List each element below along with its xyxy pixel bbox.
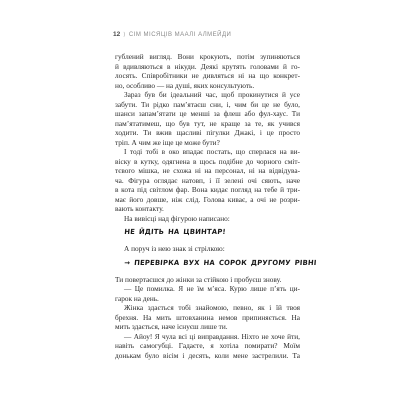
text-line: гублений вигляд. Вони крокують, потім зу… — [115, 52, 300, 62]
paragraph: А поруч із нею знак зі стрілкою: — [115, 244, 300, 254]
sign-line: НЕ ЙДІТЬ НА ЦВИНТАР! — [124, 227, 296, 238]
text-line: віску в кутку, одягнена в щось подібне д… — [115, 157, 300, 167]
text-line: лосять. Співробітники не дивляться ні на… — [115, 71, 300, 81]
paragraph: На вивісці над фігурою написано: — [115, 214, 300, 224]
page-body: гублений вигляд. Вони крокують, потім зу… — [115, 52, 300, 360]
text-line: в кота під світлом фар. Вона кидає погля… — [115, 185, 300, 195]
text-line: ча. Фігура оглядає натовп, і її зелені о… — [115, 176, 300, 186]
text-line: й вдивляються в нікуди. Деякі крутять го… — [115, 62, 300, 72]
text-line: шанси запам’ятати це менші за флеш або ф… — [115, 109, 300, 119]
text-line: брехня. На мить штовханина немов припиня… — [115, 313, 300, 323]
text-line: Жінка здається тобі знайомою, певно, як … — [115, 303, 300, 313]
text-line: На вивісці над фігурою написано: — [115, 214, 300, 224]
text-line: — Це помилка. Я не їм м’яса. Курю лише п… — [115, 284, 300, 294]
page-number: 12 — [113, 31, 120, 38]
text-line: навіть самогубці. Гадаєте, я хотіла поми… — [115, 341, 300, 351]
book-page: 12 ⟩ СІМ МІСЯЦІВ МААЛІ АЛМЕЙДИ гублений … — [0, 0, 400, 400]
paragraph: гублений вигляд. Вони крокують, потім зу… — [115, 52, 300, 90]
header-separator-icon: ⟩ — [123, 32, 126, 38]
paragraph: — Айоу! Я чула всі ці виправдання. Ніхто… — [115, 332, 300, 361]
running-title: СІМ МІСЯЦІВ МААЛІ АЛМЕЙДИ — [129, 32, 231, 38]
paragraph: Ти повертаєшся до жінки за стійкою і про… — [115, 275, 300, 285]
text-line: А поруч із нею знак зі стрілкою: — [115, 244, 300, 254]
text-line: забути. Ти рідко пам’ятаєш сни, і, чим б… — [115, 100, 300, 110]
text-line: донькам було вісім і десять, коли мене з… — [115, 351, 300, 361]
text-line: — Айоу! Я чула всі ці виправдання. Ніхто… — [115, 332, 300, 342]
paragraph: І тоді тобі в око впадає постать, що спе… — [115, 147, 300, 214]
running-header: 12 ⟩ СІМ МІСЯЦІВ МААЛІ АЛМЕЙДИ — [113, 31, 231, 38]
paragraph: Зараз був би ідеальний час, щоб прокинут… — [115, 90, 300, 147]
sign-block: → ПЕРЕВІРКА ВУХ НА СОРОК ДРУГОМУ РІВНІ — [115, 258, 295, 269]
text-line: тєвого мішка, не схожа ні на персонал, н… — [115, 166, 300, 176]
sign-block: НЕ ЙДІТЬ НА ЦВИНТАР! — [115, 227, 295, 238]
text-line: має його довше, ніж слід. Голова киває, … — [115, 195, 300, 205]
sign-line: → ПЕРЕВІРКА ВУХ НА СОРОК ДРУГОМУ РІВНІ — [124, 258, 296, 269]
text-line: ходити. Ти вжив щасливі пігулки Джакі, і… — [115, 128, 300, 138]
text-line: пам’ятатимеш, що був тут, не краще за те… — [115, 119, 300, 129]
paragraph: Жінка здається тобі знайомою, певно, як … — [115, 303, 300, 332]
text-line: Зараз був би ідеальний час, щоб прокинут… — [115, 90, 300, 100]
text-line: мить здається, наче існуєш лише ти. — [115, 322, 300, 332]
text-line: тріп. А чим же іще це може бути? — [115, 138, 300, 148]
text-line: но, особливо — на душі, яких консультуют… — [115, 81, 300, 91]
text-line: І тоді тобі в око впадає постать, що спе… — [115, 147, 300, 157]
text-line: вають контакту. — [115, 204, 300, 214]
text-line: гарок на день. — [115, 294, 300, 304]
text-line: Ти повертаєшся до жінки за стійкою і про… — [115, 275, 300, 285]
paragraph: — Це помилка. Я не їм м’яса. Курю лише п… — [115, 284, 300, 303]
